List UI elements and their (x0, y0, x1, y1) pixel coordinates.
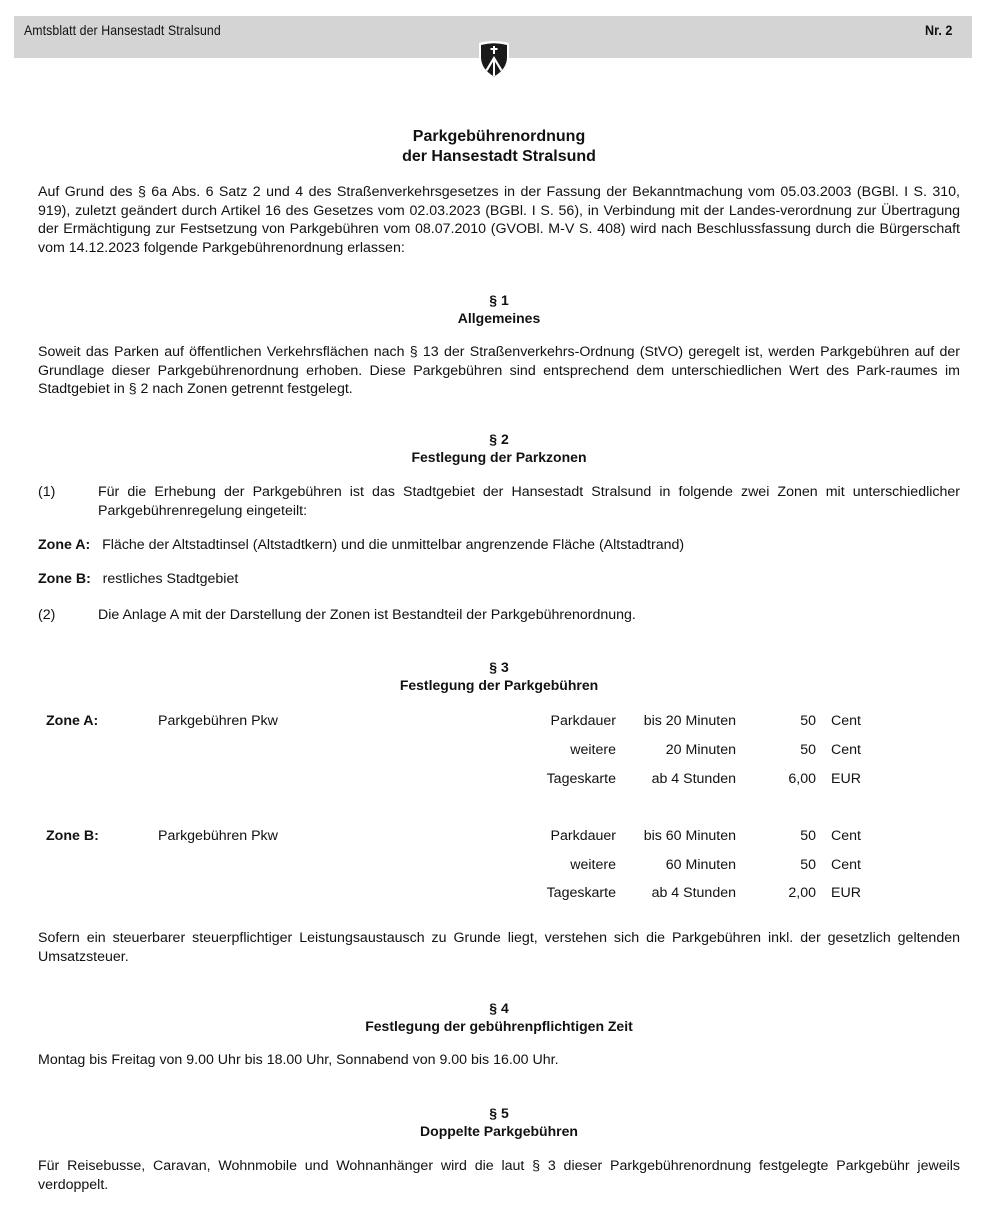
section-1-text: Soweit das Parken auf öffentlichen Verke… (38, 343, 960, 399)
fee-unit: Cent (831, 856, 861, 875)
section-number: § 3 (38, 658, 960, 676)
section-number: § 5 (38, 1104, 960, 1122)
title-line-2: der Hansestadt Stralsund (38, 147, 960, 167)
section-number: § 2 (38, 430, 960, 448)
zone-description: Fläche der Altstadtinsel (Altstadtkern) … (102, 537, 684, 553)
section-title: Festlegung der Parkzonen (38, 448, 960, 466)
section-title: Festlegung der Parkgebühren (38, 676, 960, 694)
section-4-text: Montag bis Freitag von 9.00 Uhr bis 18.0… (38, 1051, 960, 1070)
preamble: Auf Grund des § 6a Abs. 6 Satz 2 und 4 d… (38, 183, 960, 257)
title-line-1: Parkgebührenordnung (38, 127, 960, 147)
zone-a-definition: Zone A: Fläche der Altstadtinsel (Altsta… (38, 536, 960, 555)
fee-type: Parkdauer (551, 827, 616, 846)
fee-amount: 50 (800, 827, 816, 846)
fee-row: Parkdauer bis 60 Minuten 50 Cent (38, 827, 960, 847)
fee-duration: ab 4 Stunden (652, 770, 736, 789)
tax-note: Sofern ein steuerbarer steuerpflichtiger… (38, 929, 960, 966)
item-number: (1) (38, 483, 55, 502)
item-number: (2) (38, 606, 55, 625)
fee-row: Tageskarte ab 4 Stunden 6,00 EUR (38, 770, 960, 790)
section-2-item-2: (2) Die Anlage A mit der Darstellung der… (38, 606, 960, 626)
document-title: Parkgebührenordnung der Hansestadt Stral… (38, 127, 960, 167)
fee-type: weitere (570, 741, 616, 760)
fee-amount: 50 (800, 741, 816, 760)
section-number: § 4 (38, 999, 960, 1017)
fee-row: Tageskarte ab 4 Stunden 2,00 EUR (38, 884, 960, 904)
fee-unit: Cent (831, 741, 861, 760)
zone-b-definition: Zone B: restliches Stadtgebiet (38, 570, 960, 589)
section-title: Doppelte Parkgebühren (38, 1122, 960, 1140)
city-coat-of-arms-icon (477, 39, 511, 79)
fee-amount: 2,00 (788, 884, 816, 903)
publication-name: Amtsblatt der Hansestadt Stralsund (24, 22, 221, 38)
fee-type: Tageskarte (547, 770, 616, 789)
section-3-heading: § 3 Festlegung der Parkgebühren (38, 658, 960, 694)
zone-label: Zone A: (38, 537, 90, 553)
issue-number: Nr. 2 (925, 22, 952, 38)
section-2-heading: § 2 Festlegung der Parkzonen (38, 430, 960, 466)
fee-amount: 50 (800, 712, 816, 731)
section-title: Allgemeines (38, 309, 960, 327)
fee-row: weitere 60 Minuten 50 Cent (38, 856, 960, 876)
section-number: § 1 (38, 291, 960, 309)
fee-duration: 20 Minuten (666, 741, 736, 760)
fee-duration: bis 60 Minuten (644, 827, 736, 846)
fee-unit: Cent (831, 827, 861, 846)
fee-unit: Cent (831, 712, 861, 731)
section-5-text: Für Reisebusse, Caravan, Wohnmobile und … (38, 1157, 960, 1194)
section-title: Festlegung der gebührenpflichtigen Zeit (38, 1017, 960, 1035)
fee-type: Tageskarte (547, 884, 616, 903)
fee-row: weitere 20 Minuten 50 Cent (38, 741, 960, 761)
fee-duration: 60 Minuten (666, 856, 736, 875)
section-4-heading: § 4 Festlegung der gebührenpflichtigen Z… (38, 999, 960, 1035)
fee-unit: EUR (831, 884, 861, 903)
item-text: Für die Erhebung der Parkgebühren ist da… (98, 483, 960, 520)
fee-type: Parkdauer (551, 712, 616, 731)
section-2-item-1: (1) Für die Erhebung der Parkgebühren is… (38, 483, 960, 523)
fee-amount: 50 (800, 856, 816, 875)
fee-duration: ab 4 Stunden (652, 884, 736, 903)
fee-duration: bis 20 Minuten (644, 712, 736, 731)
section-5-heading: § 5 Doppelte Parkgebühren (38, 1104, 960, 1140)
zone-label: Zone B: (38, 571, 91, 587)
fee-amount: 6,00 (788, 770, 816, 789)
fee-type: weitere (570, 856, 616, 875)
zone-description: restliches Stadtgebiet (103, 571, 239, 587)
fee-unit: EUR (831, 770, 861, 789)
item-text: Die Anlage A mit der Darstellung der Zon… (98, 606, 960, 625)
section-1-heading: § 1 Allgemeines (38, 291, 960, 327)
fee-row: Parkdauer bis 20 Minuten 50 Cent (38, 712, 960, 732)
